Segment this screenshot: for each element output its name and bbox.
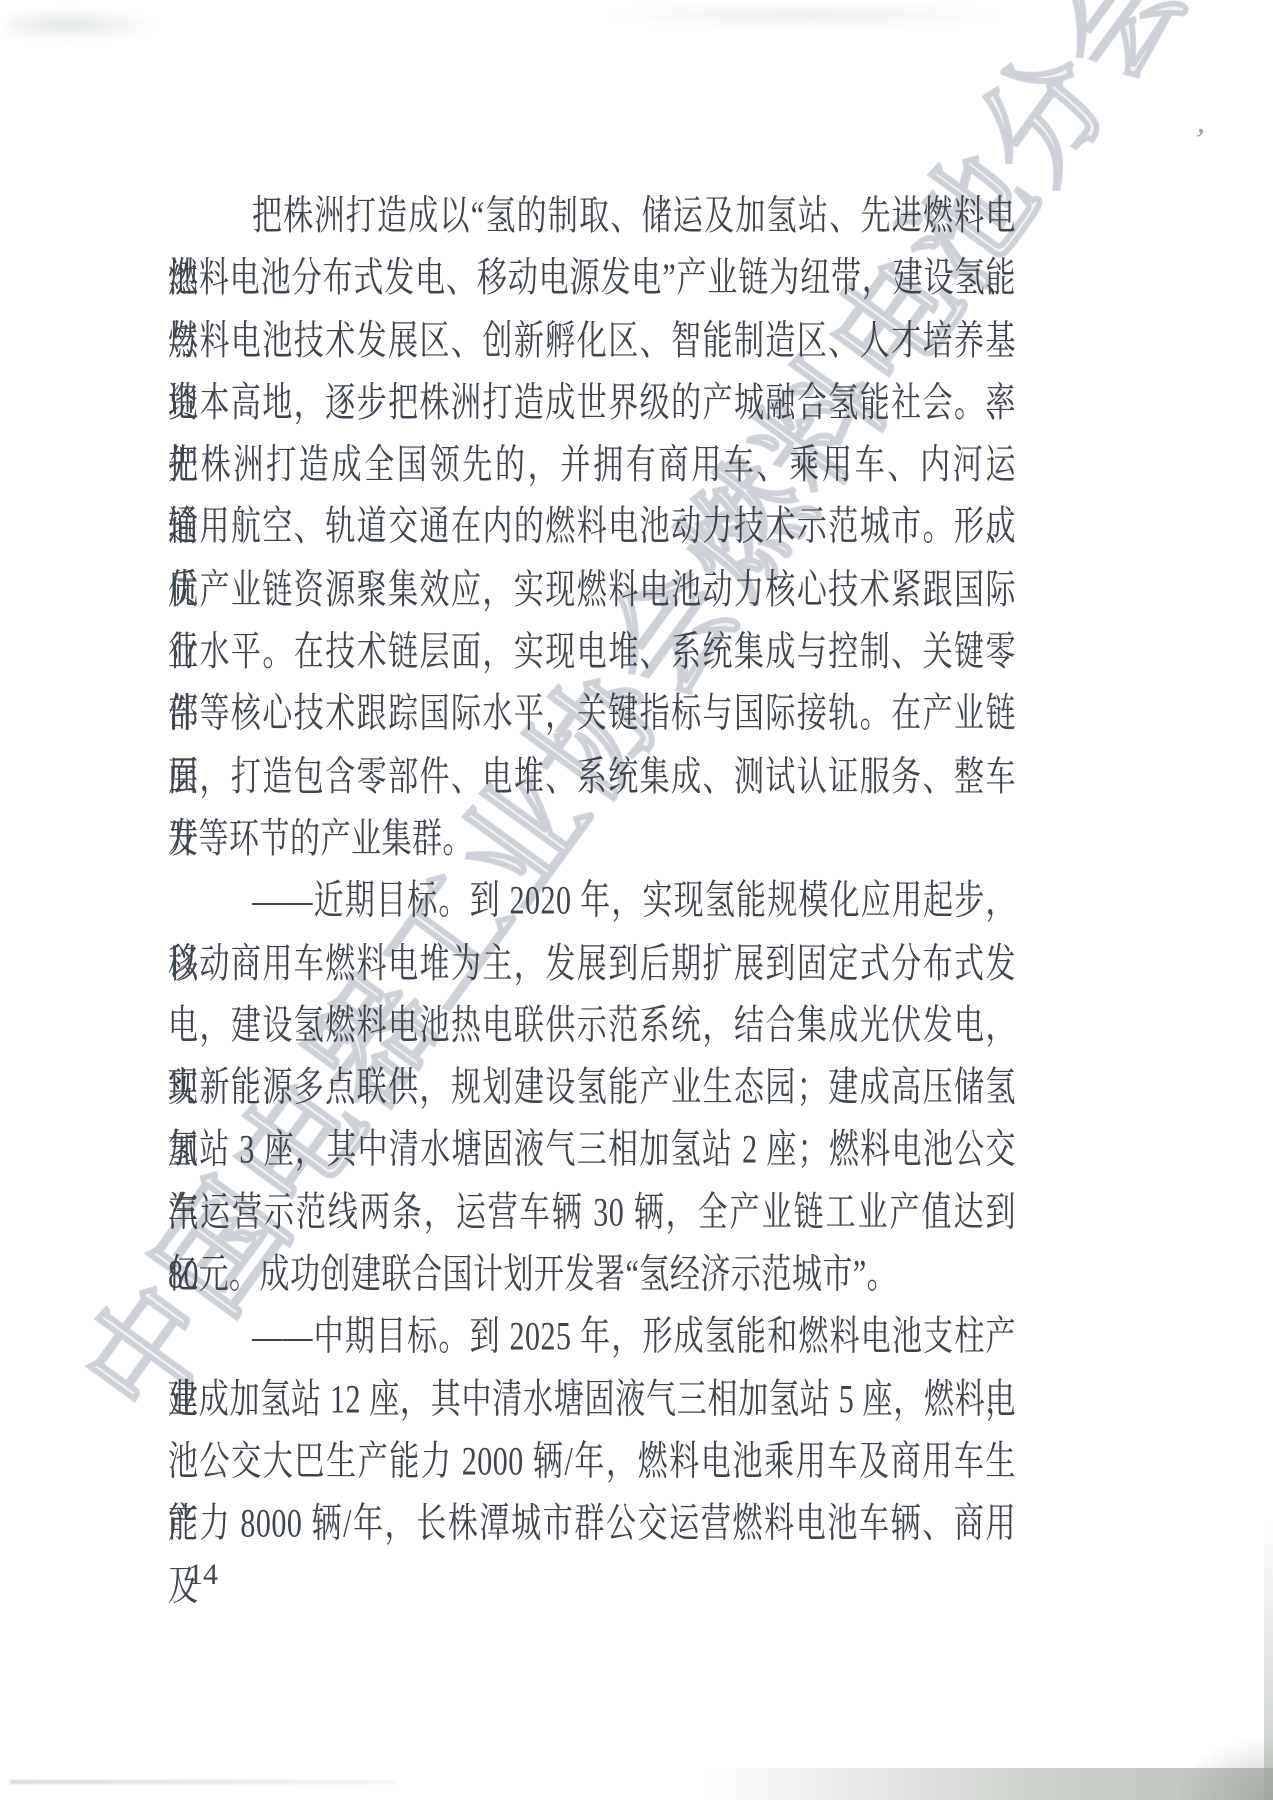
- scan-smudge: [8, 8, 158, 42]
- scan-smudge: [610, 6, 1000, 28]
- text-line: 建成加氢站 12 座，其中清水塘固液气三相加氢站 5 座，燃料电: [168, 1369, 1016, 1431]
- text-line: 现新能源多点联供，规划建设氢能产业生态园；建成高压储氢加: [168, 1058, 1016, 1120]
- text-line: 件等核心技术跟踪国际水平，关键指标与国际接轨。在产业链层: [168, 684, 1016, 746]
- text-line: 质产业链资源聚集效应，实现燃料电池动力核心技术紧跟国际行: [168, 560, 1016, 622]
- text-line: 能力 8000 辆/年，长株潭城市群公交运营燃料电池车辆、商用及: [168, 1494, 1016, 1556]
- page-number: 14: [188, 1558, 218, 1592]
- scan-corner-shadow: [1180, 1740, 1273, 1800]
- text-line: ——近期目标。到 2020 年，实现氢能规模化应用起步，以: [168, 871, 1016, 933]
- text-line: 燃料电池技术发展区、创新孵化区、智能制造区、人才培养基地、: [168, 311, 1016, 373]
- text-line: ——中期目标。到 2025 年，形成氢能和燃料电池支柱产业，: [168, 1307, 1016, 1369]
- text-line: 资本高地，逐步把株洲打造成世界级的产城融合氢能社会。率先: [168, 373, 1016, 435]
- text-line: 发等环节的产业集群。: [168, 809, 1016, 871]
- text-line: 业水平。在技术链层面，实现电堆、系统集成与控制、关键零部: [168, 622, 1016, 684]
- text-line: 池公交大巴生产能力 2000 辆/年，燃料电池乘用车及商用车生产: [168, 1431, 1016, 1493]
- scan-speck: ’: [1186, 121, 1209, 161]
- text-line: 面，打造包含零部件、电堆、系统集成、测试认证服务、整车开: [168, 746, 1016, 808]
- text-line: 把株洲打造成全国领先的，并拥有商用车、乘用车、内河运输、: [168, 435, 1016, 497]
- text-line: 氢站 3 座，其中清水塘固液气三相加氢站 2 座；燃料电池公交汽: [168, 1120, 1016, 1182]
- text-line: 电，建设氢燃料电池热电联供示范系统，结合集成光伏发电，实: [168, 996, 1016, 1058]
- text-line: 通用航空、轨道交通在内的燃料电池动力技术示范城市。形成优: [168, 497, 1016, 559]
- text-line: 车运营示范线两条，运营车辆 30 辆，全产业链工业产值达到 80: [168, 1182, 1016, 1244]
- text-line: 移动商用车燃料电堆为主，发展到后期扩展到固定式分布式发: [168, 933, 1016, 995]
- text-line: 把株洲打造成以“氢的制取、储运及加氢站、先进燃料电池、: [168, 186, 1016, 248]
- scan-edge-shadow: [0, 1768, 1273, 1800]
- document-page: 中国电器工业协会燃料电池分会 把株洲打造成以“氢的制取、储运及加氢站、先进燃料电…: [0, 0, 1273, 1800]
- body-text: 把株洲打造成以“氢的制取、储运及加氢站、先进燃料电池、 燃料电池分布式发电、移动…: [168, 186, 1016, 1556]
- text-line: 亿元。成功创建联合国计划开发署“氢经济示范城市”。: [168, 1245, 1016, 1307]
- text-line: 燃料电池分布式发电、移动电源发电”产业链为纽带，建设氢能与: [168, 248, 1016, 310]
